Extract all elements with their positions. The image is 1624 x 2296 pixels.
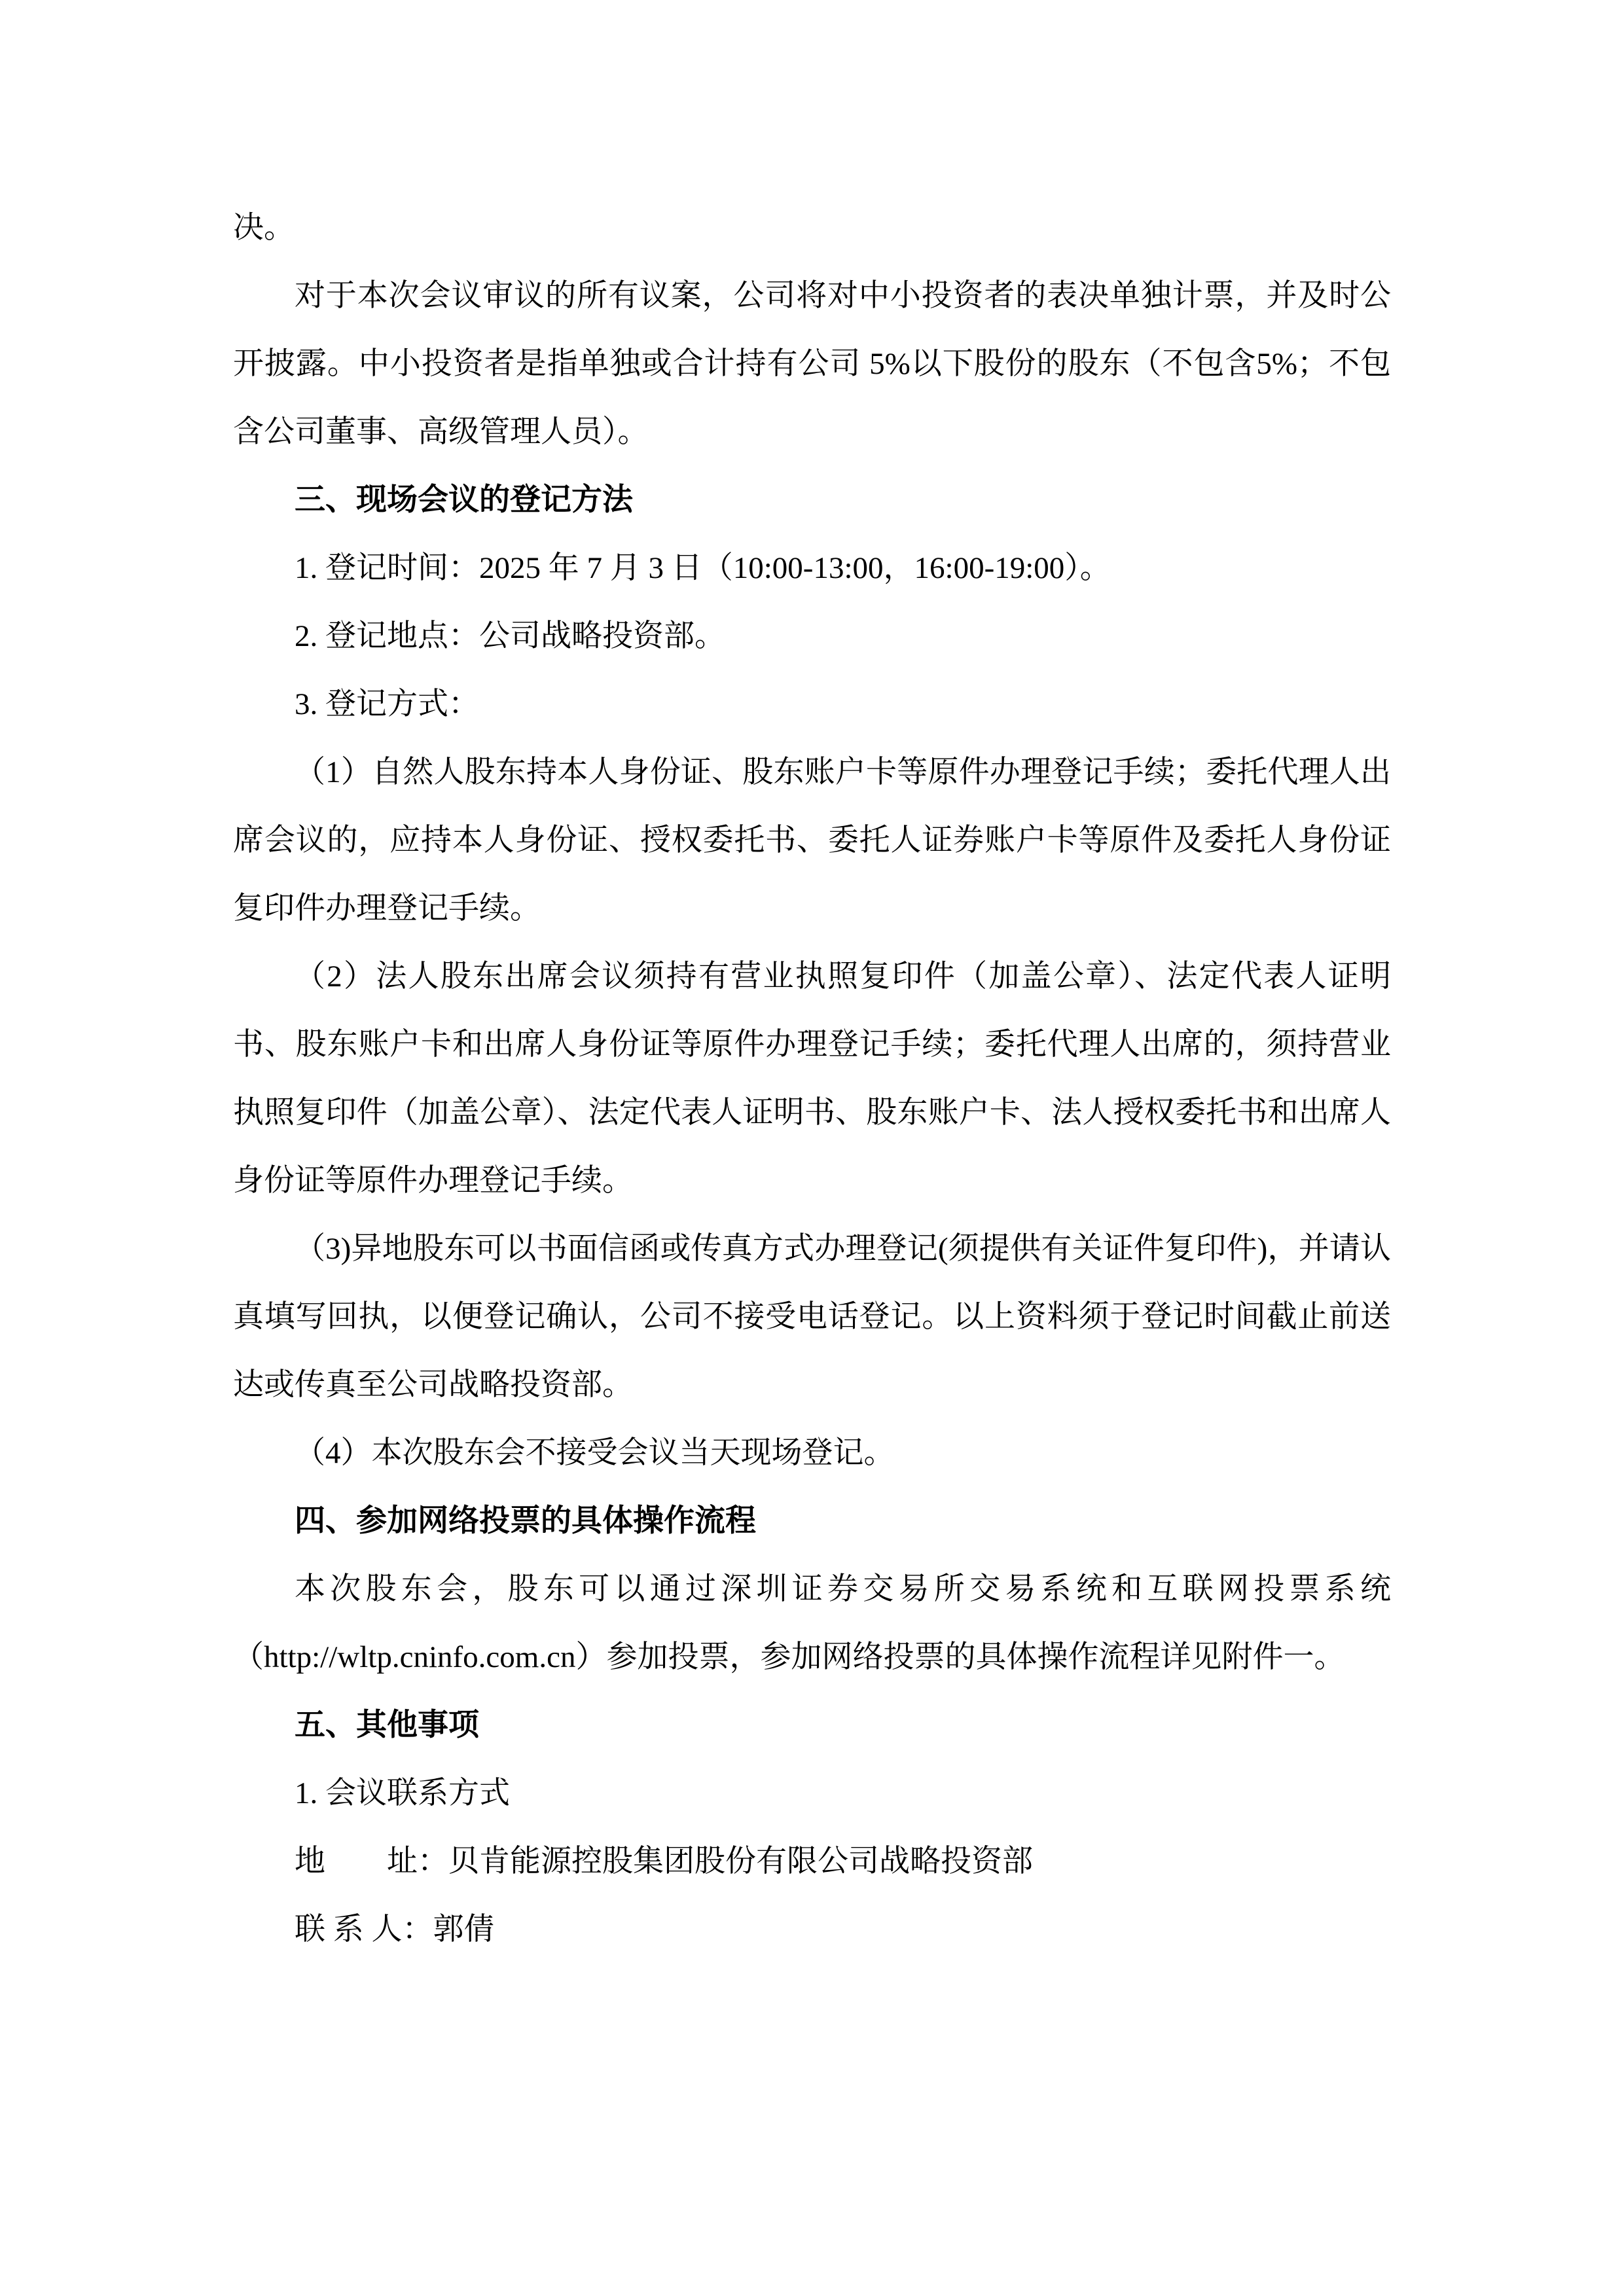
paragraph: （2）法人股东出席会议须持有营业执照复印件（加盖公章）、法定代表人证明书、股东账… bbox=[233, 942, 1391, 1215]
section-heading: 五、其他事项 bbox=[233, 1691, 1391, 1759]
section-heading: 四、参加网络投票的具体操作流程 bbox=[233, 1487, 1391, 1555]
paragraph: 对于本次会议审议的所有议案，公司将对中小投资者的表决单独计票，并及时公开披露。中… bbox=[233, 262, 1391, 466]
paragraph: 本次股东会，股东可以通过深圳证券交易所交易系统和互联网投票系统（http://w… bbox=[233, 1555, 1391, 1691]
section-heading: 三、现场会议的登记方法 bbox=[233, 466, 1391, 534]
paragraph: 决。 bbox=[233, 194, 1391, 262]
paragraph: 2. 登记地点：公司战略投资部。 bbox=[233, 602, 1391, 670]
paragraph: 3. 登记方式： bbox=[233, 670, 1391, 738]
paragraph: 联 系 人：郭倩 bbox=[233, 1895, 1391, 1964]
document-page: 决。对于本次会议审议的所有议案，公司将对中小投资者的表决单独计票，并及时公开披露… bbox=[0, 0, 1624, 2296]
document-body: 决。对于本次会议审议的所有议案，公司将对中小投资者的表决单独计票，并及时公开披露… bbox=[233, 194, 1391, 1964]
paragraph: 1. 登记时间：2025 年 7 月 3 日（10:00-13:00，16:00… bbox=[233, 534, 1391, 602]
paragraph: 1. 会议联系方式 bbox=[233, 1759, 1391, 1827]
paragraph: （3)异地股东可以书面信函或传真方式办理登记(须提供有关证件复印件)，并请认真填… bbox=[233, 1215, 1391, 1419]
paragraph: （1）自然人股东持本人身份证、股东账户卡等原件办理登记手续；委托代理人出席会议的… bbox=[233, 738, 1391, 942]
paragraph: （4）本次股东会不接受会议当天现场登记。 bbox=[233, 1419, 1391, 1487]
paragraph: 地 址：贝肯能源控股集团股份有限公司战略投资部 bbox=[233, 1827, 1391, 1895]
